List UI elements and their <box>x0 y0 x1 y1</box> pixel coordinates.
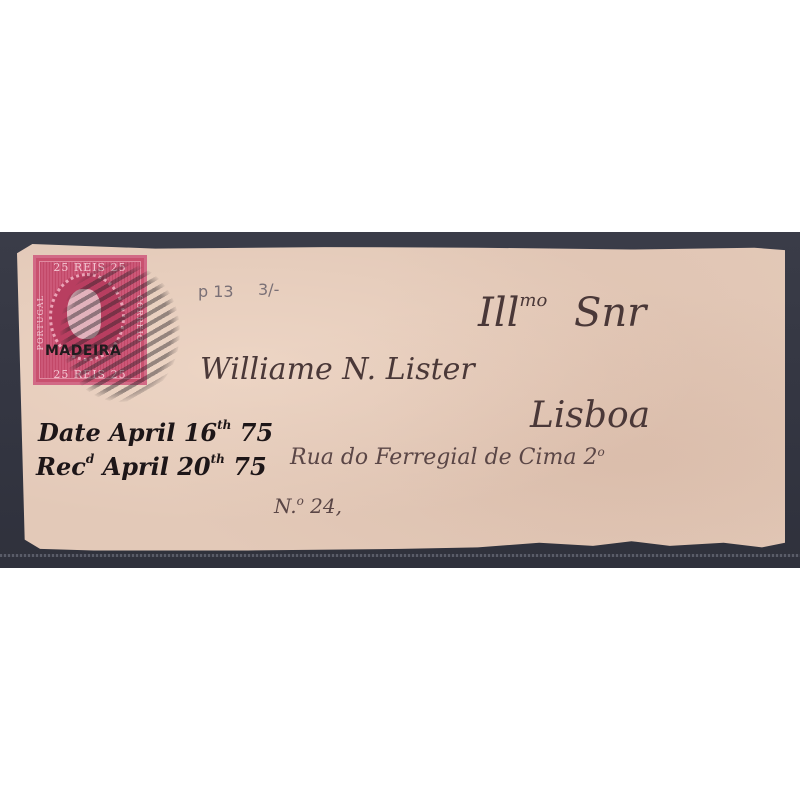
pencil-note-1: p 13 <box>198 282 234 301</box>
docket-rec-text: Rec <box>36 452 86 481</box>
honorific-sup: mo <box>519 290 547 311</box>
number-label: N. <box>274 494 297 518</box>
street-address: Rua do Ferregial de Cima 2o <box>290 445 605 470</box>
honorific-snr: Snr <box>574 290 646 336</box>
number-sup: o <box>297 494 304 508</box>
addressee-name: Williame N. Lister <box>200 352 475 387</box>
pencil-note-2: 3/- <box>258 280 279 299</box>
docket-rec-date: April 20 <box>94 452 210 481</box>
sleeve-edge-strip <box>0 554 800 557</box>
honorific: Illmo Snr <box>478 290 646 336</box>
destination-city: Lisboa <box>530 395 650 436</box>
street-sup: o <box>598 445 605 459</box>
docket-date-text: Date April 16 <box>38 418 217 447</box>
docket-rec-date-sup: th <box>211 452 225 466</box>
number-value: 24, <box>310 494 342 518</box>
docket-date-year: 75 <box>231 418 273 447</box>
docket-date-line: Date April 16th 75 <box>38 418 273 447</box>
docket-rec-sup: d <box>86 452 94 466</box>
stamp-side-left: PORTUGAL <box>36 295 45 350</box>
postmark-cancel <box>60 262 180 402</box>
docket-received-line: Recd April 20th 75 <box>36 452 267 481</box>
docket-rec-year: 75 <box>225 452 267 481</box>
house-number: N.o 24, <box>274 494 342 518</box>
docket-date-sup: th <box>217 418 231 432</box>
street-text: Rua do Ferregial de Cima 2 <box>290 445 598 470</box>
honorific-text: Ill <box>478 290 519 336</box>
